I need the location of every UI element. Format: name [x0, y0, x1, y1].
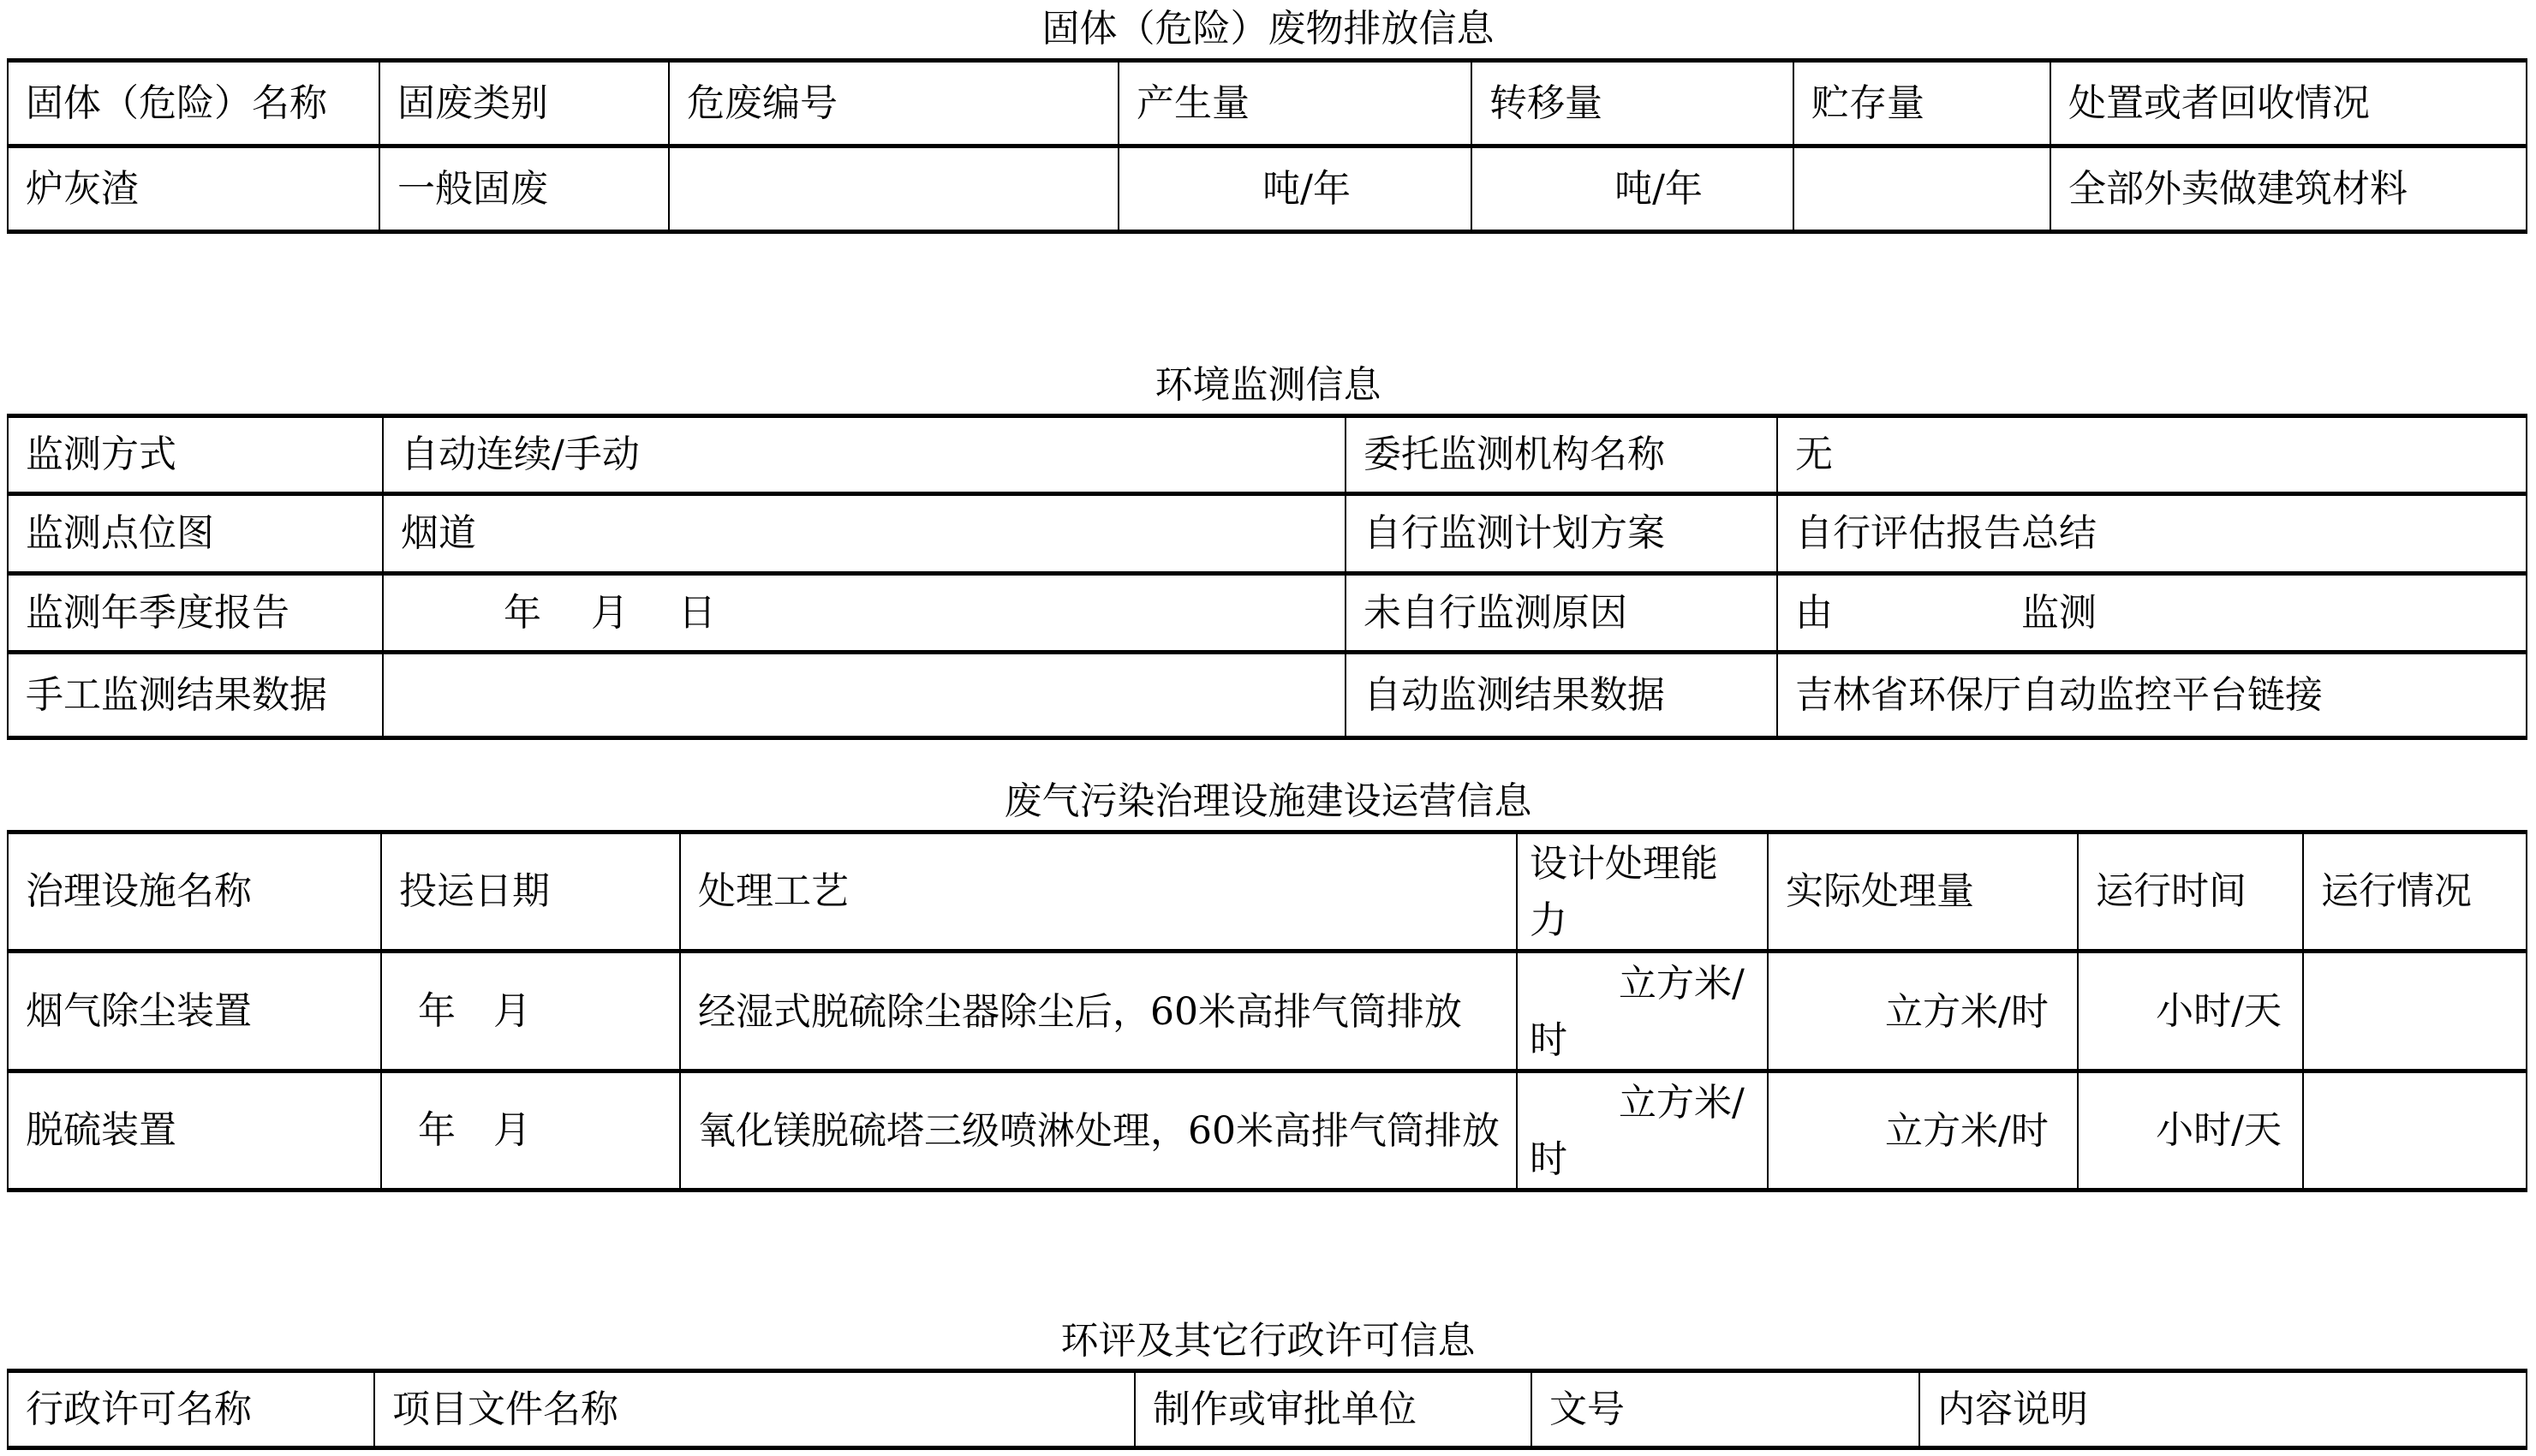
table-row: 脱硫装置 年 月 氧化镁脱硫塔三级喷淋处理，60米高排气筒排放 立方米/时 立方…: [8, 1071, 2527, 1190]
table-header-row: 固体（危险）名称 固废类别 危废编号 产生量 转移量 贮存量 处置或者回收情况: [8, 61, 2527, 146]
table-cell: [2303, 1071, 2527, 1190]
header-cell: 产生量: [1119, 61, 1471, 146]
solid-waste-title: 固体（危险）废物排放信息: [0, 5, 2536, 53]
label-cell: 委托监测机构名称: [1346, 416, 1777, 494]
header-cell: 设计处理能力: [1517, 832, 1768, 952]
header-cell: 贮存量: [1793, 61, 2050, 146]
label-cell: 监测点位图: [8, 494, 383, 574]
value-cell: 自行评估报告总结: [1777, 494, 2527, 574]
permits-title: 环评及其它行政许可信息: [0, 1317, 2536, 1365]
table-cell: 立方米/时: [1768, 1071, 2078, 1190]
gas-treatment-title: 废气污染治理设施建设运营信息: [0, 778, 2536, 826]
gas-treatment-table: 治理设施名称 投运日期 处理工艺 设计处理能力 实际处理量 运行时间 运行情况 …: [7, 830, 2527, 1192]
header-cell: 固体（危险）名称: [8, 61, 379, 146]
table-cell: 脱硫装置: [8, 1071, 381, 1190]
label-cell: 手工监测结果数据: [8, 653, 383, 738]
table-cell: 立方米/时: [1517, 1071, 1768, 1190]
table-header-row: 治理设施名称 投运日期 处理工艺 设计处理能力 实际处理量 运行时间 运行情况: [8, 832, 2527, 952]
header-cell: 项目文件名称: [374, 1371, 1135, 1448]
table-cell: 立方米/时: [1768, 952, 2078, 1071]
header-cell: 治理设施名称: [8, 832, 381, 952]
monitoring-table: 监测方式 自动连续/手动 委托监测机构名称 无 监测点位图 烟道 自行监测计划方…: [7, 414, 2527, 740]
table-row: 监测方式 自动连续/手动 委托监测机构名称 无: [8, 416, 2527, 494]
solid-waste-table: 固体（危险）名称 固废类别 危废编号 产生量 转移量 贮存量 处置或者回收情况 …: [7, 58, 2527, 234]
value-cell: 自动连续/手动: [383, 416, 1346, 494]
label-cell: 监测方式: [8, 416, 383, 494]
value-cell: 无: [1777, 416, 2527, 494]
table-cell: 立方米/时: [1517, 952, 1768, 1071]
header-cell: 制作或审批单位: [1135, 1371, 1531, 1448]
table-cell: 氧化镁脱硫塔三级喷淋处理，60米高排气筒排放: [680, 1071, 1517, 1190]
table-row: 烟气除尘装置 年 月 经湿式脱硫除尘器除尘后，60米高排气筒排放 立方米/时 立…: [8, 952, 2527, 1071]
table-cell: 吨/年: [1471, 146, 1793, 232]
table-cell: 吨/年: [1119, 146, 1471, 232]
label-cell: 自行监测计划方案: [1346, 494, 1777, 574]
value-cell: [383, 653, 1346, 738]
table-cell: 炉灰渣: [8, 146, 379, 232]
table-cell: 全部外卖做建筑材料: [2050, 146, 2527, 232]
header-cell: 固废类别: [379, 61, 669, 146]
header-cell: 运行时间: [2078, 832, 2303, 952]
table-cell: 年 月: [381, 952, 680, 1071]
header-cell: 处置或者回收情况: [2050, 61, 2527, 146]
header-cell: 实际处理量: [1768, 832, 2078, 952]
table-cell: 小时/天: [2078, 1071, 2303, 1190]
value-cell: 烟道: [383, 494, 1346, 574]
value-cell: 年 月 日: [383, 574, 1346, 653]
header-cell: 处理工艺: [680, 832, 1517, 952]
table-cell: 小时/天: [2078, 952, 2303, 1071]
table-cell: [669, 146, 1119, 232]
table-cell: 经湿式脱硫除尘器除尘后，60米高排气筒排放: [680, 952, 1517, 1071]
header-cell: 行政许可名称: [8, 1371, 374, 1448]
header-cell: 文号: [1531, 1371, 1919, 1448]
table-cell: 烟气除尘装置: [8, 952, 381, 1071]
header-cell: 转移量: [1471, 61, 1793, 146]
permits-table: 行政许可名称 项目文件名称 制作或审批单位 文号 内容说明: [7, 1369, 2527, 1450]
table-row: 炉灰渣 一般固废 吨/年 吨/年 全部外卖做建筑材料: [8, 146, 2527, 232]
table-row: 手工监测结果数据 自动监测结果数据 吉林省环保厅自动监控平台链接: [8, 653, 2527, 738]
header-cell: 内容说明: [1919, 1371, 2527, 1448]
table-cell: 年 月: [381, 1071, 680, 1190]
value-cell: 吉林省环保厅自动监控平台链接: [1777, 653, 2527, 738]
label-cell: 自动监测结果数据: [1346, 653, 1777, 738]
label-cell: 未自行监测原因: [1346, 574, 1777, 653]
header-cell: 危废编号: [669, 61, 1119, 146]
value-cell: 由 监测: [1777, 574, 2527, 653]
table-cell: [2303, 952, 2527, 1071]
table-row: 监测点位图 烟道 自行监测计划方案 自行评估报告总结: [8, 494, 2527, 574]
label-cell: 监测年季度报告: [8, 574, 383, 653]
header-cell: 投运日期: [381, 832, 680, 952]
table-row: 监测年季度报告 年 月 日 未自行监测原因 由 监测: [8, 574, 2527, 653]
header-cell: 运行情况: [2303, 832, 2527, 952]
table-cell: [1793, 146, 2050, 232]
monitoring-title: 环境监测信息: [0, 361, 2536, 409]
table-header-row: 行政许可名称 项目文件名称 制作或审批单位 文号 内容说明: [8, 1371, 2527, 1448]
table-cell: 一般固废: [379, 146, 669, 232]
